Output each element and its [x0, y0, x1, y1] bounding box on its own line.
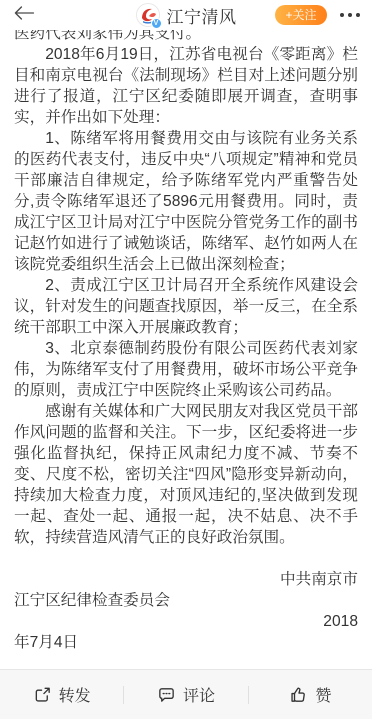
signature-line: 年7月4日 [14, 632, 358, 653]
like-label: 赞 [315, 683, 331, 706]
comment-button[interactable]: 评论 [124, 670, 247, 719]
like-button[interactable]: 赞 [249, 670, 372, 719]
verified-badge-icon: V [151, 18, 162, 29]
dot-icon [356, 13, 360, 17]
more-options-button[interactable] [340, 9, 360, 21]
post-signature: 中共南京市 江宁区纪律检查委员会 2018 年7月4日 [14, 569, 358, 653]
weibo-post-screen: 医药代表刘家伟为其支付。 2018年6月19日，江苏省电视台《零距离》栏目和南京… [0, 0, 372, 719]
repost-label: 转发 [59, 683, 91, 706]
post-paragraph: 1、陈绪军将用餐费用交由与该院有业务关系的医药代表支付，违反中央“八项规定”精神… [14, 128, 358, 275]
page-title: 江宁清风 [167, 3, 237, 28]
post-paragraph: 3、北京泰德制药股份有限公司医药代表刘家伟，为陈绪军支付了用餐费用，破坏市场公平… [14, 338, 358, 401]
post-paragraph: 感谢有关媒体和广大网民朋友对我区党员干部作风问题的监督和关注。下一步，区纪委将进… [14, 401, 358, 548]
dot-icon [348, 13, 352, 17]
repost-icon [33, 685, 52, 704]
back-arrow-icon [12, 4, 36, 27]
back-button[interactable] [12, 3, 42, 27]
post-content: 医药代表刘家伟为其支付。 2018年6月19日，江苏省电视台《零距离》栏目和南京… [0, 0, 372, 653]
thumbs-up-icon [289, 685, 308, 704]
signature-line: 江宁区纪律检查委员会 [14, 590, 358, 611]
repost-button[interactable]: 转发 [0, 670, 123, 719]
signature-line: 中共南京市 [14, 569, 358, 590]
avatar[interactable]: V [136, 3, 160, 27]
post-paragraph: 2、责成江宁区卫计局召开全系统作风建设会议，针对发生的问题查找原因，举一反三，在… [14, 275, 358, 338]
follow-button[interactable]: +关注 [275, 5, 327, 25]
signature-line: 2018 [14, 611, 358, 632]
comment-icon [157, 685, 176, 704]
header-actions: +关注 [275, 5, 360, 25]
dot-icon [340, 13, 344, 17]
comment-label: 评论 [183, 683, 215, 706]
post-paragraph: 2018年6月19日，江苏省电视台《零距离》栏目和南京电视台《法制现场》栏目对上… [14, 44, 358, 128]
top-nav-bar: V 江宁清风 +关注 [0, 0, 372, 30]
bottom-action-bar: 转发 评论 赞 [0, 669, 372, 719]
